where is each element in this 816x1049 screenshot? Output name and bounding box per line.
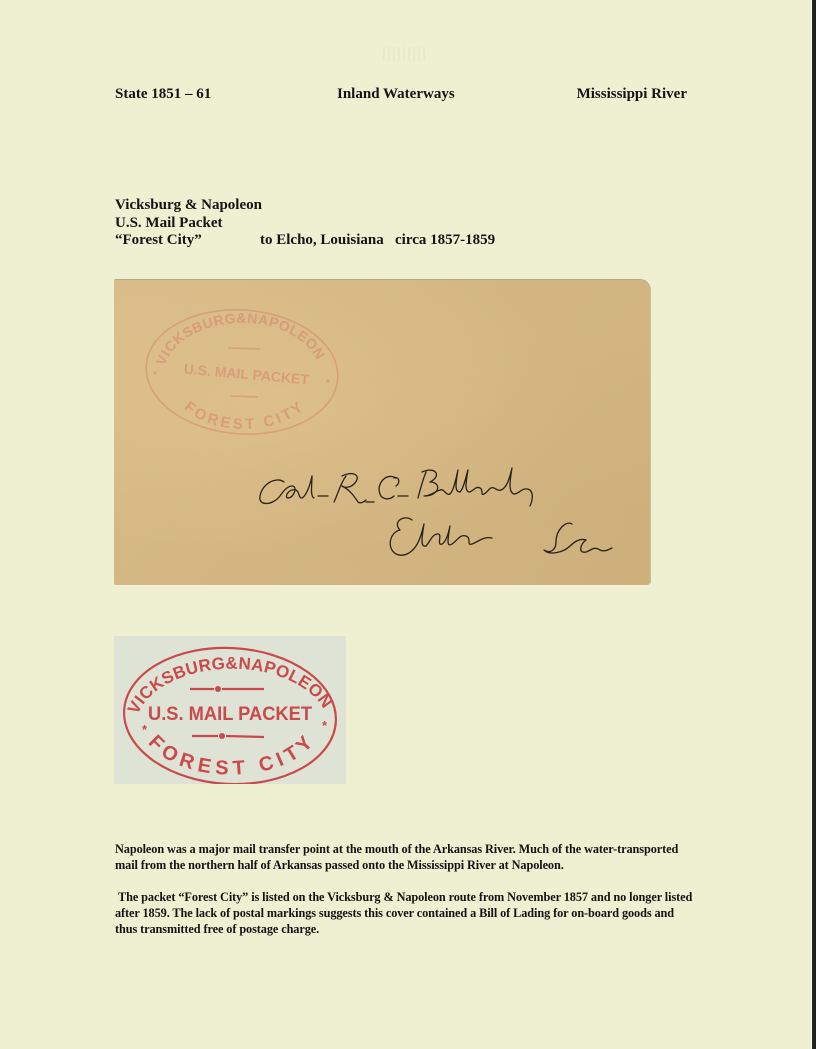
- title-service: U.S. Mail Packet: [115, 215, 262, 233]
- svg-text:U.S. MAIL PACKET: U.S. MAIL PACKET: [183, 361, 310, 388]
- svg-text:*: *: [326, 378, 330, 389]
- header-subject: Mississippi River: [577, 86, 687, 103]
- enlarged-handstamp: VICKSBURG&NAPOLEON U.S. MAIL PACKET FORE…: [114, 636, 346, 784]
- paragraph-forest-city: The packet “Forest City” is listed on th…: [115, 889, 695, 937]
- handwritten-address: [254, 462, 634, 572]
- page-header: State 1851 – 61 Inland Waterways Mississ…: [115, 86, 687, 106]
- svg-text:*: *: [153, 370, 157, 381]
- svg-text:*: *: [322, 718, 328, 733]
- header-period: State 1851 – 61: [115, 86, 211, 103]
- exhibit-title: Vicksburg & Napoleon U.S. Mail Packet “F…: [115, 197, 262, 250]
- title-boat-name: “Forest City”: [115, 232, 202, 248]
- header-category: Inland Waterways: [337, 86, 455, 103]
- faint-handstamp: VICKSBURG&NAPOLEON U.S. MAIL PACKET FORE…: [136, 300, 346, 440]
- svg-text:VICKSBURG&NAPOLEON: VICKSBURG&NAPOLEON: [153, 310, 329, 367]
- paragraph-napoleon: Napoleon was a major mail transfer point…: [115, 841, 695, 873]
- page-edge: [811, 0, 816, 1049]
- bleed-through-mark: [383, 47, 427, 61]
- title-destination: to Elcho, Louisiana circa 1857-1859: [260, 232, 495, 250]
- title-route: Vicksburg & Napoleon: [115, 197, 262, 215]
- enlarged-handstamp-image: VICKSBURG&NAPOLEON U.S. MAIL PACKET FORE…: [114, 636, 346, 784]
- paragraph-forest-city-text: The packet “Forest City” is listed on th…: [115, 890, 692, 936]
- svg-text:U.S. MAIL PACKET: U.S. MAIL PACKET: [148, 704, 312, 725]
- title-boat-line: “Forest City” to Elcho, Louisiana circa …: [115, 232, 262, 250]
- cover-envelope: VICKSBURG&NAPOLEON U.S. MAIL PACKET FORE…: [114, 280, 650, 585]
